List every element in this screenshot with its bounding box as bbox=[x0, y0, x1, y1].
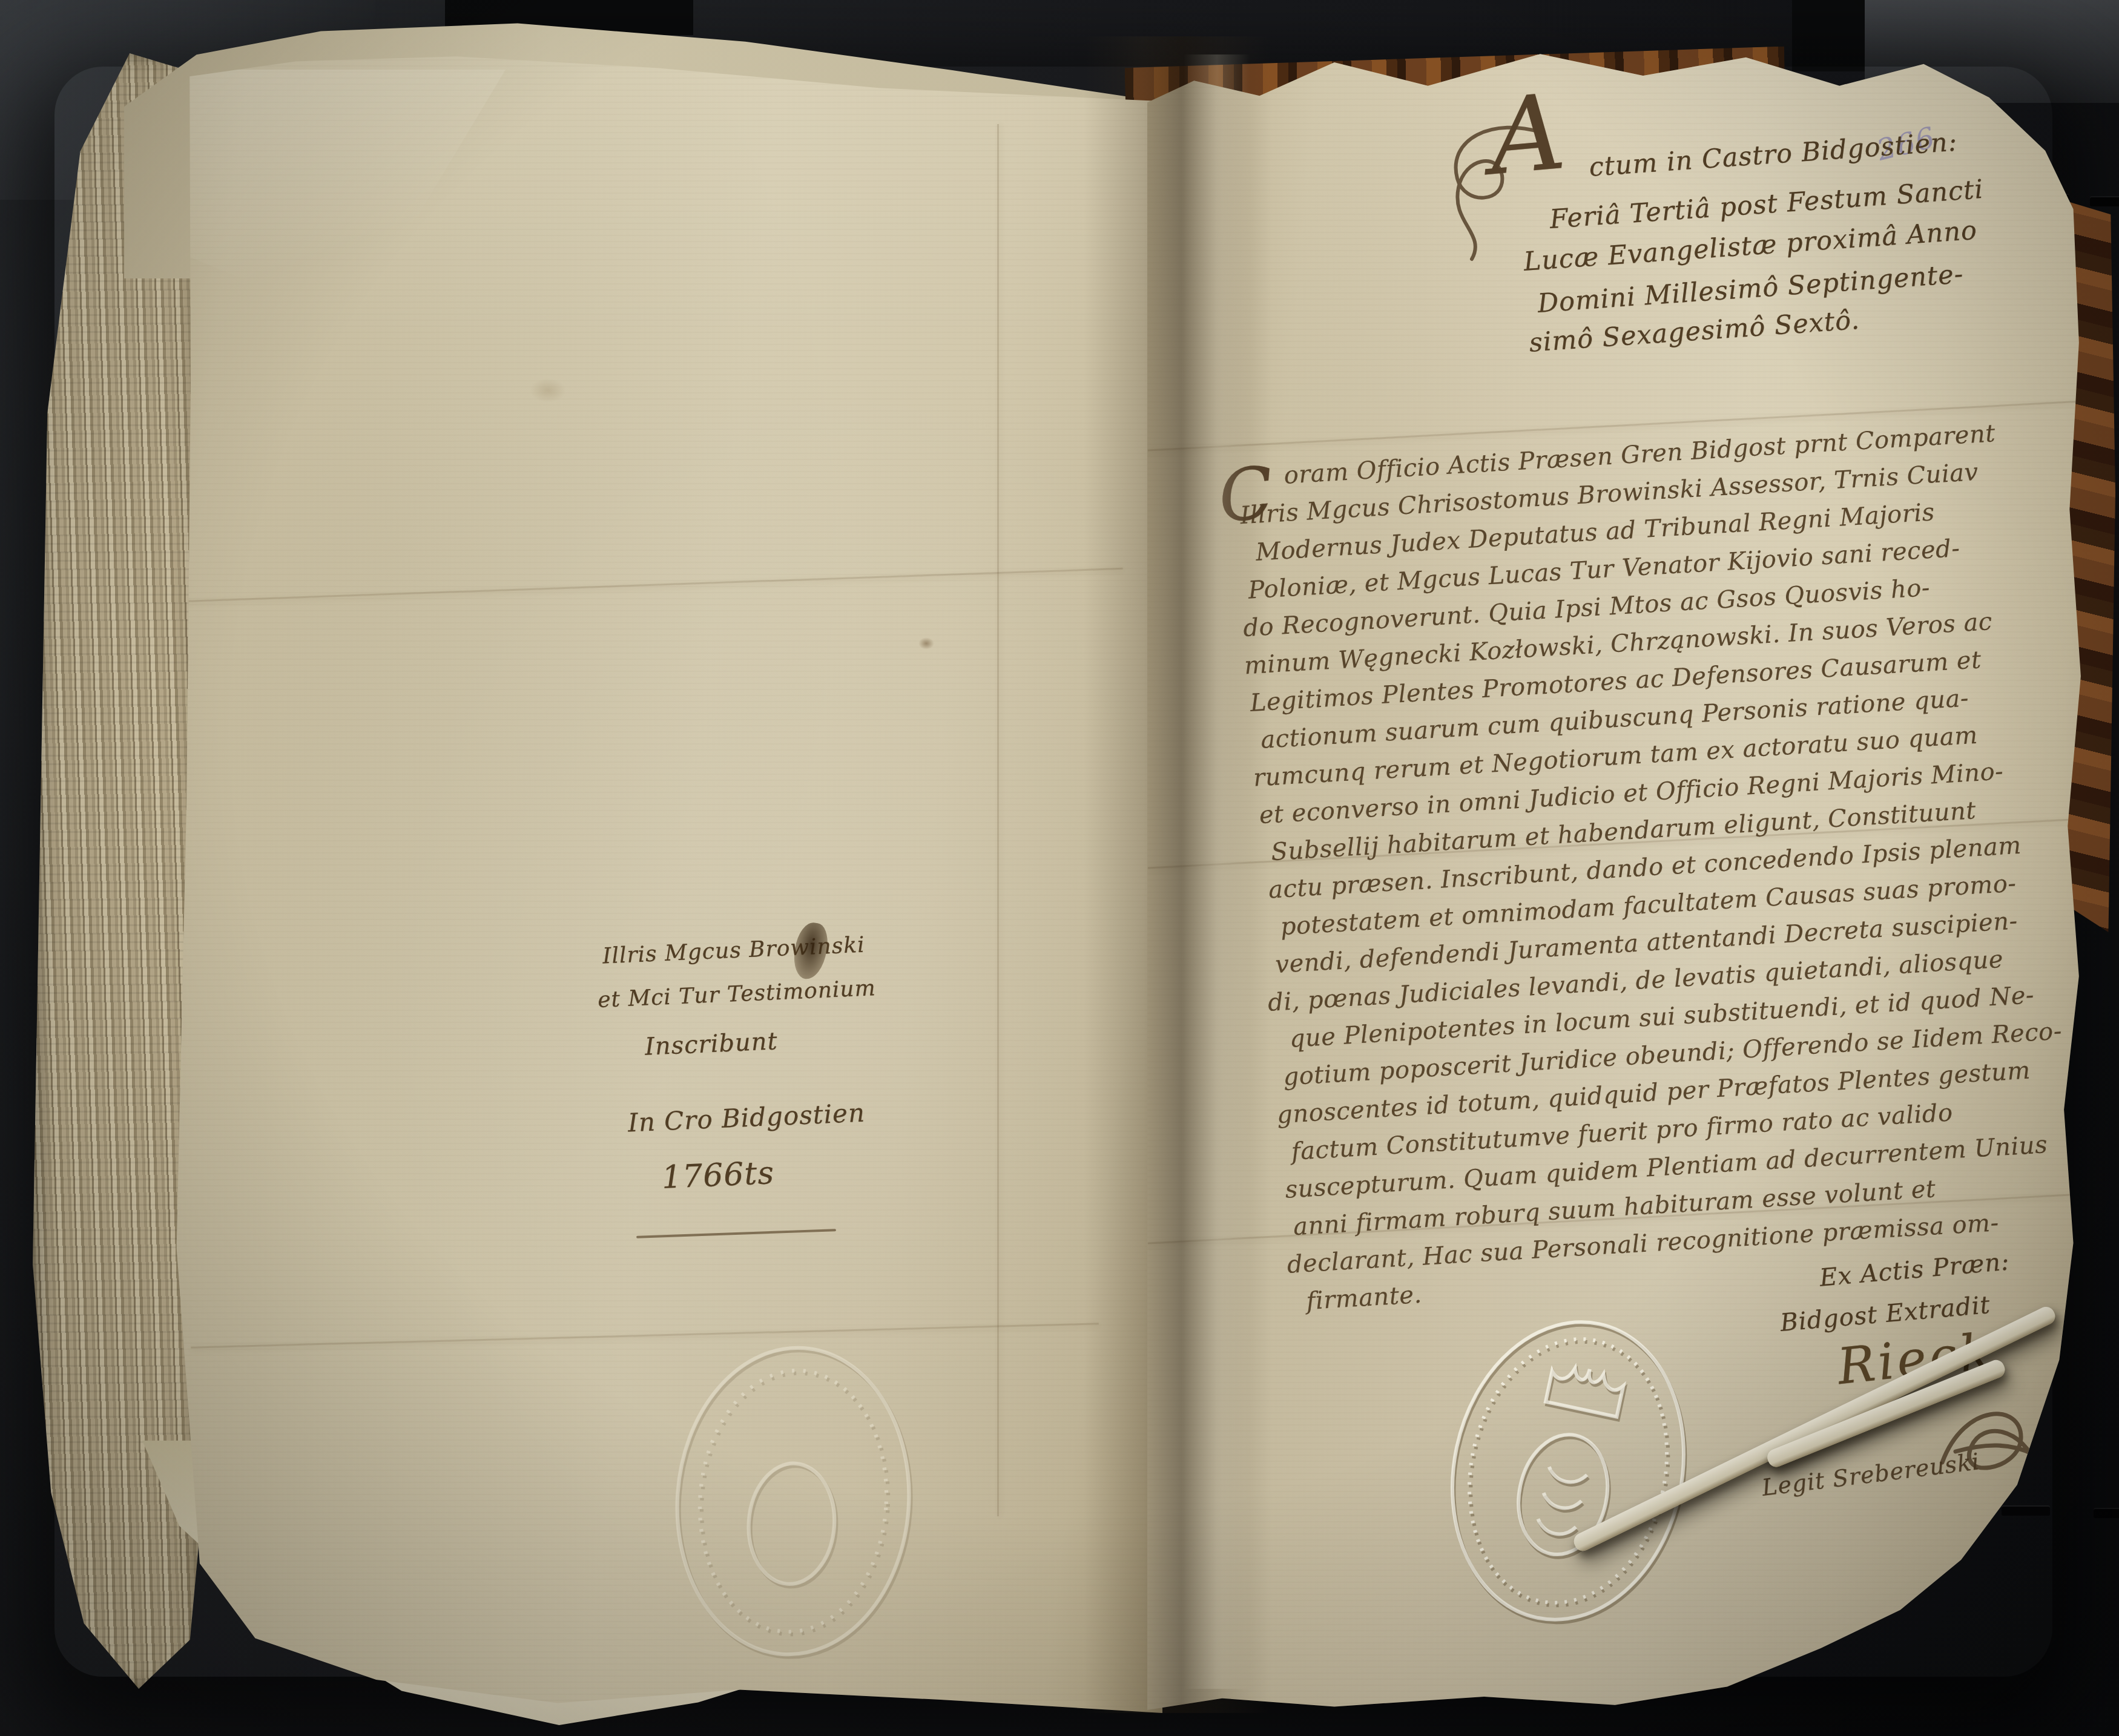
ink-blot bbox=[791, 921, 831, 981]
archival-photo-scene: Illris Mgcus Browinski et Mci Tur Testim… bbox=[0, 0, 2119, 1736]
right-page: 266 A ctum in Castro Bidgostien: Feriâ T… bbox=[1147, 42, 2083, 1710]
heading-line: ctum in Castro Bidgostien: bbox=[1588, 127, 1959, 182]
page-crease bbox=[191, 1323, 1099, 1348]
stain bbox=[918, 637, 934, 649]
page-fold-gleam bbox=[166, 70, 506, 324]
archival-note: Illris Mgcus Browinski et Mci Tur Testim… bbox=[602, 938, 1087, 1314]
left-page: Illris Mgcus Browinski et Mci Tur Testim… bbox=[154, 51, 1162, 1713]
stain bbox=[530, 378, 566, 403]
page-crease bbox=[179, 568, 1122, 602]
note-year: 1766ts bbox=[661, 1155, 775, 1196]
note-underline bbox=[636, 1229, 836, 1238]
embossed-seal bbox=[1417, 1292, 1719, 1650]
cradle-slit bbox=[2094, 1509, 2119, 1518]
embossed-seal-faint bbox=[649, 1329, 938, 1673]
note-line: et Mci Tur Testimonium bbox=[597, 976, 876, 1013]
act-body-text: oram Officio Actis Præsen Gren Bidgost p… bbox=[1232, 406, 2119, 1321]
note-line: Inscribunt bbox=[644, 1027, 778, 1061]
note-line: In Cro Bidgostien bbox=[627, 1097, 866, 1137]
initial-flourish bbox=[1414, 115, 1553, 266]
cradle-slit bbox=[2090, 197, 2119, 206]
